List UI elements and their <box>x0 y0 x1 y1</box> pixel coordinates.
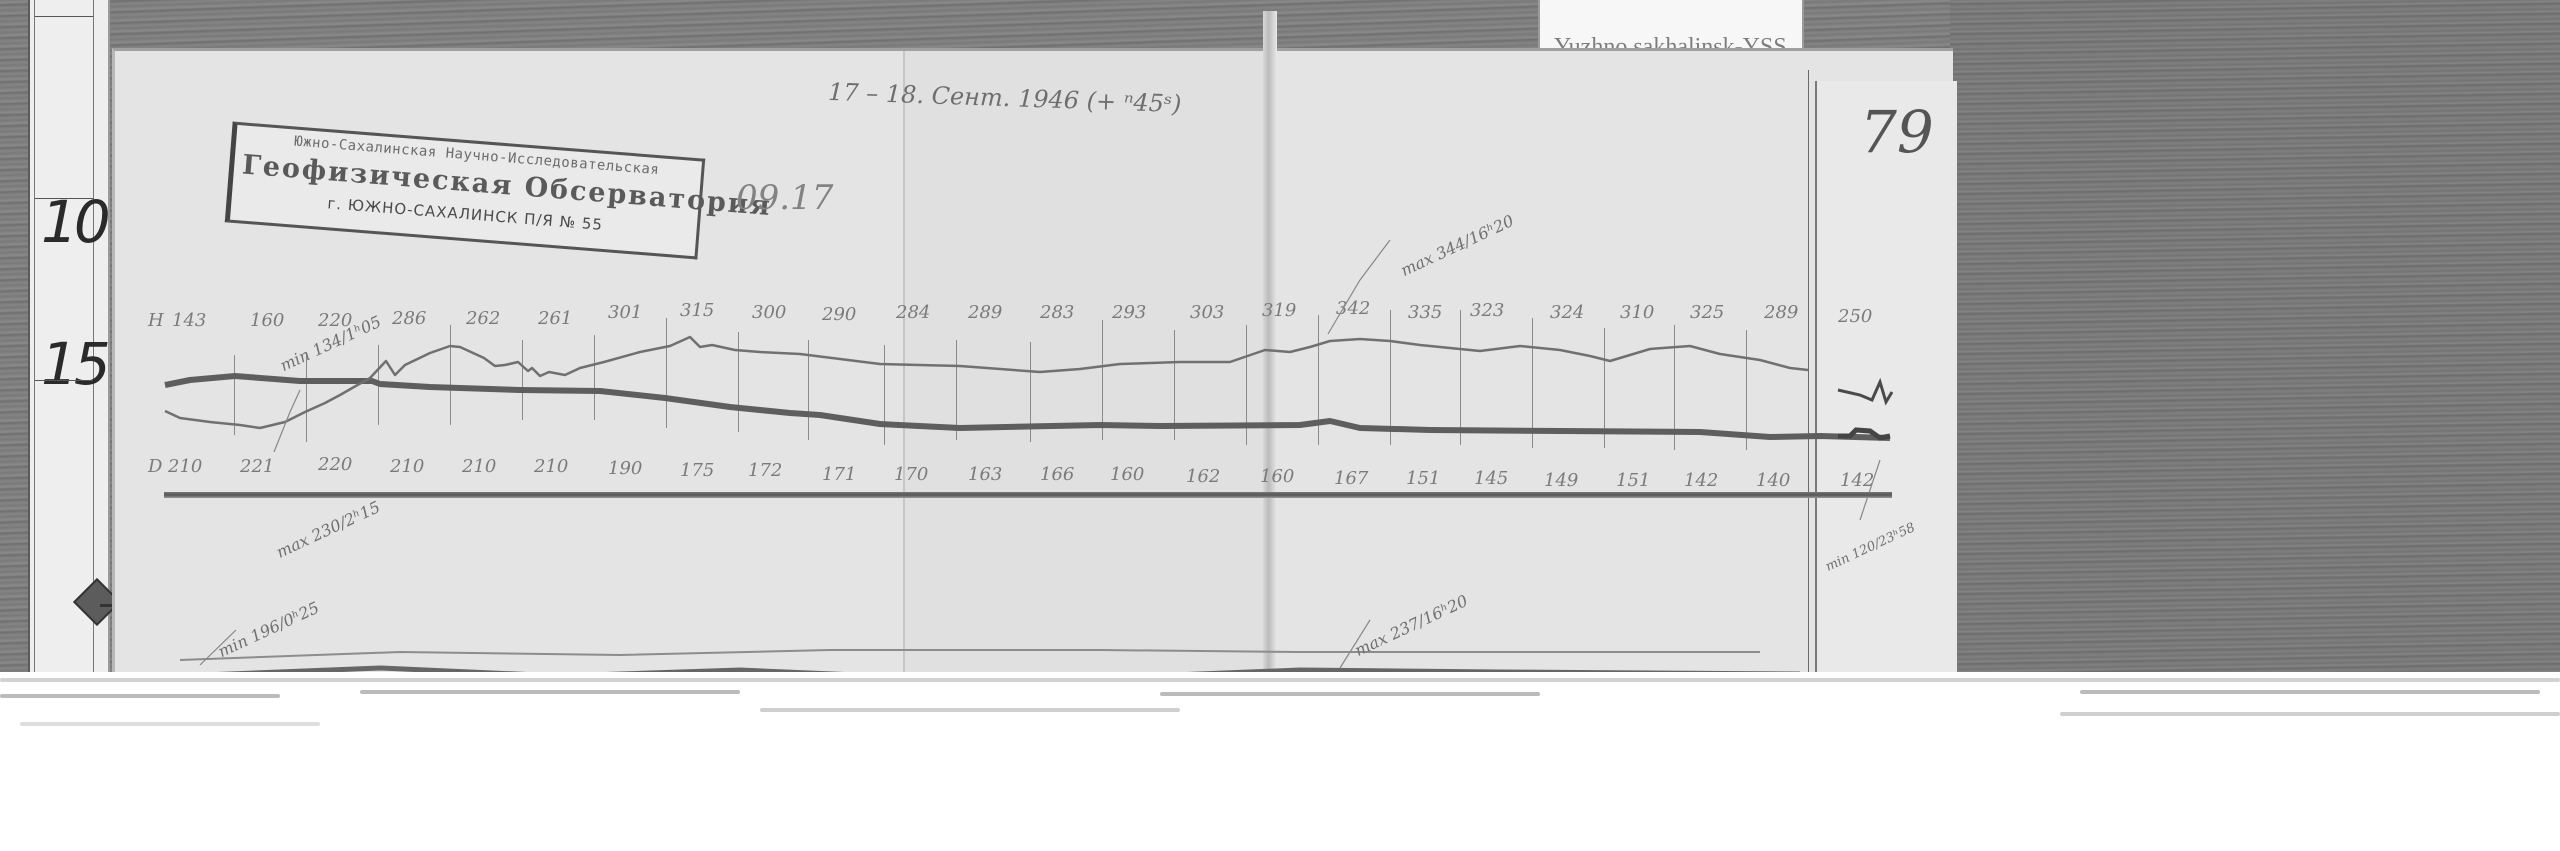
h-trace-end <box>1838 382 1892 402</box>
artifact-strip <box>2080 690 2540 694</box>
lower-trace <box>180 650 1760 660</box>
h-trace <box>165 337 1808 428</box>
artifact-strip <box>760 708 1180 712</box>
artifact-strip <box>360 690 740 694</box>
annotation-pointer <box>274 390 300 452</box>
d-trace <box>164 492 1892 498</box>
artifact-strip <box>1160 692 1540 696</box>
artifact-strip <box>0 694 280 698</box>
annotation-pointer <box>1860 460 1880 520</box>
artifact-strip <box>2060 712 2560 716</box>
artifact-strip <box>0 678 2560 682</box>
magnetogram-traces <box>0 0 2560 680</box>
artifact-strip <box>20 722 320 726</box>
scan-artifact-strips <box>0 672 2560 851</box>
annotation-pointer <box>1328 240 1390 334</box>
z-trace <box>165 376 1890 438</box>
magnetogram-scan: 10 15 Yuzhno sakhalinsk-YSS Южно-Сахалин… <box>0 0 2560 680</box>
